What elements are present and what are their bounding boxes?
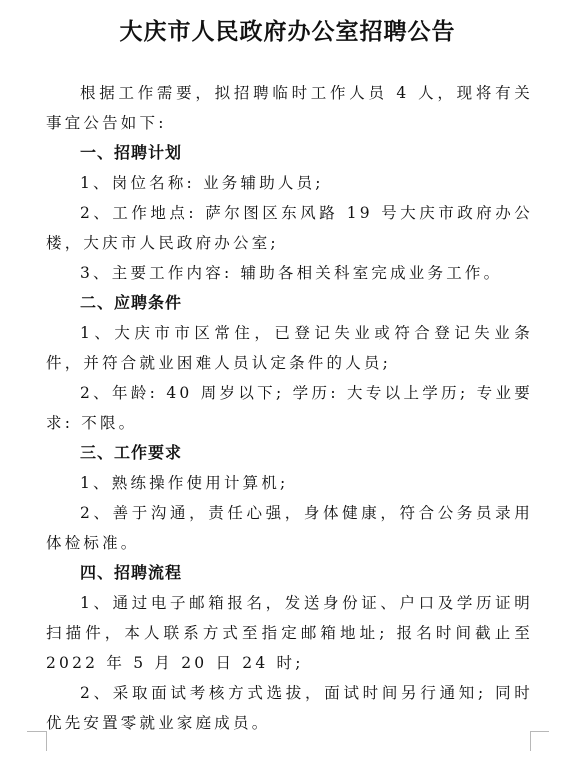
plan-item-1: 1、岗位名称: 业务辅助人员; xyxy=(46,168,533,198)
conditions-item-1: 1、大庆市市区常住，已登记失业或符合登记失业条件，并符合就业困难人员认定条件的人… xyxy=(46,318,533,378)
plan-item-3: 3、主要工作内容: 辅助各相关科室完成业务工作。 xyxy=(46,258,533,288)
crop-mark-left-vertical xyxy=(46,731,47,751)
document-page: 大庆市人民政府办公室招聘公告 根据工作需要，拟招聘临时工作人员 4 人，现将有关… xyxy=(0,0,575,778)
section-heading-conditions: 二、应聘条件 xyxy=(46,288,533,318)
crop-mark-left-horizontal xyxy=(27,731,46,732)
plan-item-2: 2、工作地点: 萨尔图区东风路 19 号大庆市政府办公楼，大庆市人民政府办公室; xyxy=(46,198,533,258)
process-item-2: 2、采取面试考核方式选拔，面试时间另行通知; 同时优先安置零就业家庭成员。 xyxy=(46,678,533,738)
crop-mark-right-horizontal xyxy=(530,731,549,732)
document-body: 根据工作需要，拟招聘临时工作人员 4 人，现将有关事宜公告如下: 一、招聘计划 … xyxy=(46,78,533,738)
document-title: 大庆市人民政府办公室招聘公告 xyxy=(0,16,575,48)
conditions-item-2: 2、年龄: 40 周岁以下; 学历: 大专以上学历; 专业要求: 不限。 xyxy=(46,378,533,438)
crop-mark-right-vertical xyxy=(530,731,531,751)
section-heading-requirements: 三、工作要求 xyxy=(46,438,533,468)
requirements-item-2: 2、善于沟通，责任心强，身体健康，符合公务员录用体检标准。 xyxy=(46,498,533,558)
section-heading-process: 四、招聘流程 xyxy=(46,558,533,588)
intro-paragraph: 根据工作需要，拟招聘临时工作人员 4 人，现将有关事宜公告如下: xyxy=(46,78,533,138)
process-item-1: 1、通过电子邮箱报名，发送身份证、户口及学历证明扫描件，本人联系方式至指定邮箱地… xyxy=(46,588,533,678)
requirements-item-1: 1、熟练操作使用计算机; xyxy=(46,468,533,498)
section-heading-plan: 一、招聘计划 xyxy=(46,138,533,168)
